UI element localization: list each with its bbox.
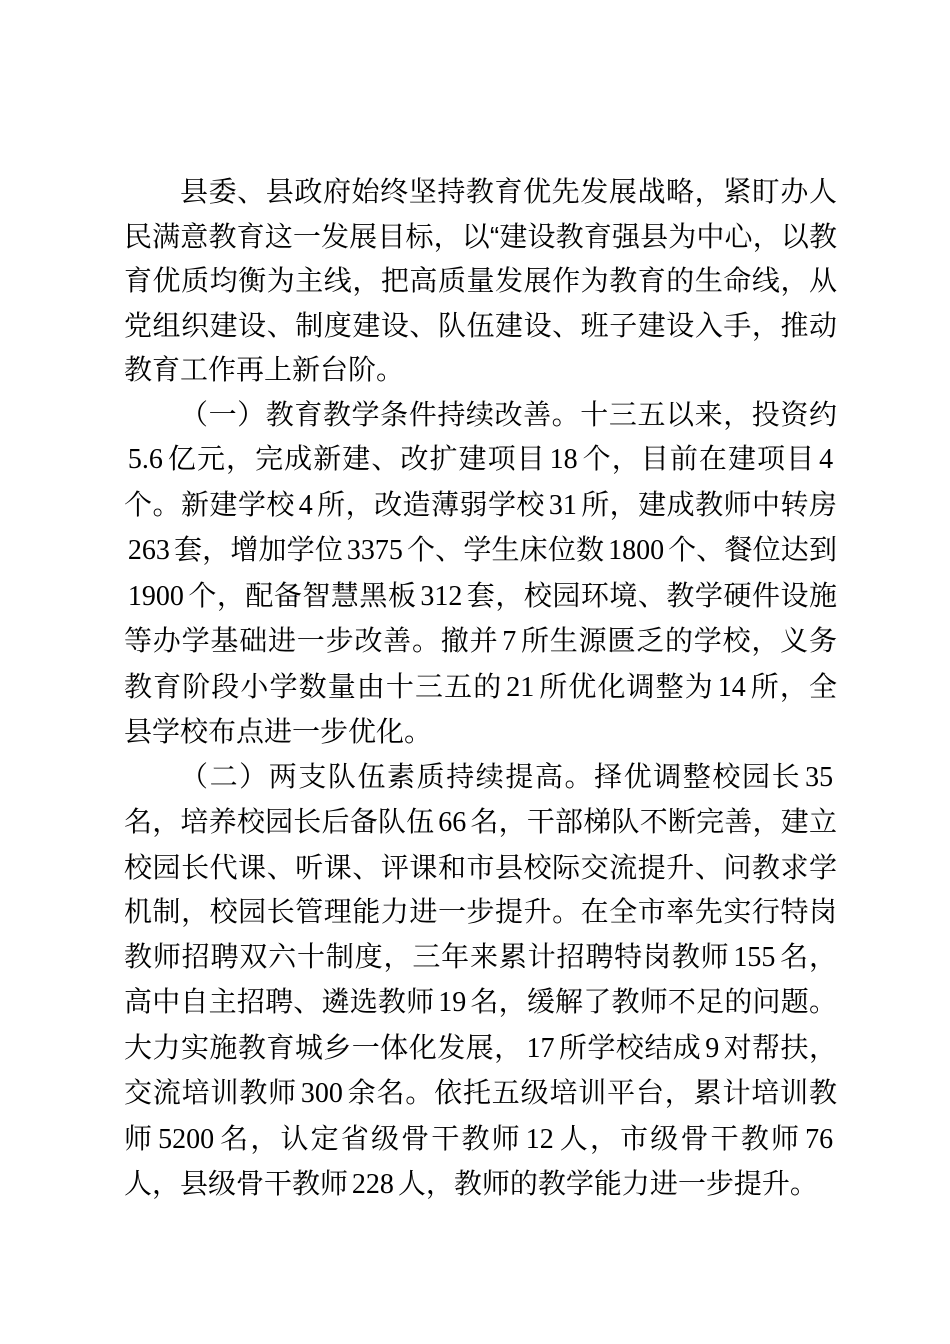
paragraph-section-2: （二）两支队伍素质持续提高。择优调整校园长35名，培养校园长后备队伍66名，干部… <box>124 755 837 1208</box>
number: 76 <box>801 1124 837 1155</box>
number: 1800 <box>604 535 668 566</box>
number: 21 <box>502 672 538 703</box>
paragraph-intro: 县委、县政府始终坚持教育优先发展战略，紧盯办人民满意教育这一发展目标，以“建设教… <box>124 170 837 393</box>
number: 19 <box>434 987 470 1018</box>
number: 4 <box>815 444 837 475</box>
number: 5200 <box>154 1124 218 1155</box>
number: 12 <box>522 1124 558 1155</box>
number: 3375 <box>343 535 407 566</box>
number: 263 <box>124 535 174 566</box>
number: 5.6 <box>124 444 167 475</box>
number: 155 <box>730 942 780 973</box>
number: 4 <box>295 490 317 521</box>
number: 17 <box>523 1033 559 1064</box>
number: 300 <box>297 1078 347 1109</box>
document-page: 县委、县政府始终坚持教育优先发展战略，紧盯办人民满意教育这一发展目标，以“建设教… <box>124 170 837 1208</box>
number: 35 <box>801 762 837 793</box>
number: 312 <box>416 581 466 612</box>
number: 9 <box>701 1033 723 1064</box>
number: 1900 <box>124 581 188 612</box>
number: 228 <box>348 1169 398 1200</box>
number: 66 <box>434 807 470 838</box>
paragraph-section-1: （一）教育教学条件持续改善。十三五以来，投资约5.6亿元，完成新建、改扩建项目1… <box>124 393 837 755</box>
number: 31 <box>545 490 581 521</box>
number: 7 <box>498 626 520 657</box>
number: 18 <box>546 444 582 475</box>
number: 14 <box>714 672 750 703</box>
